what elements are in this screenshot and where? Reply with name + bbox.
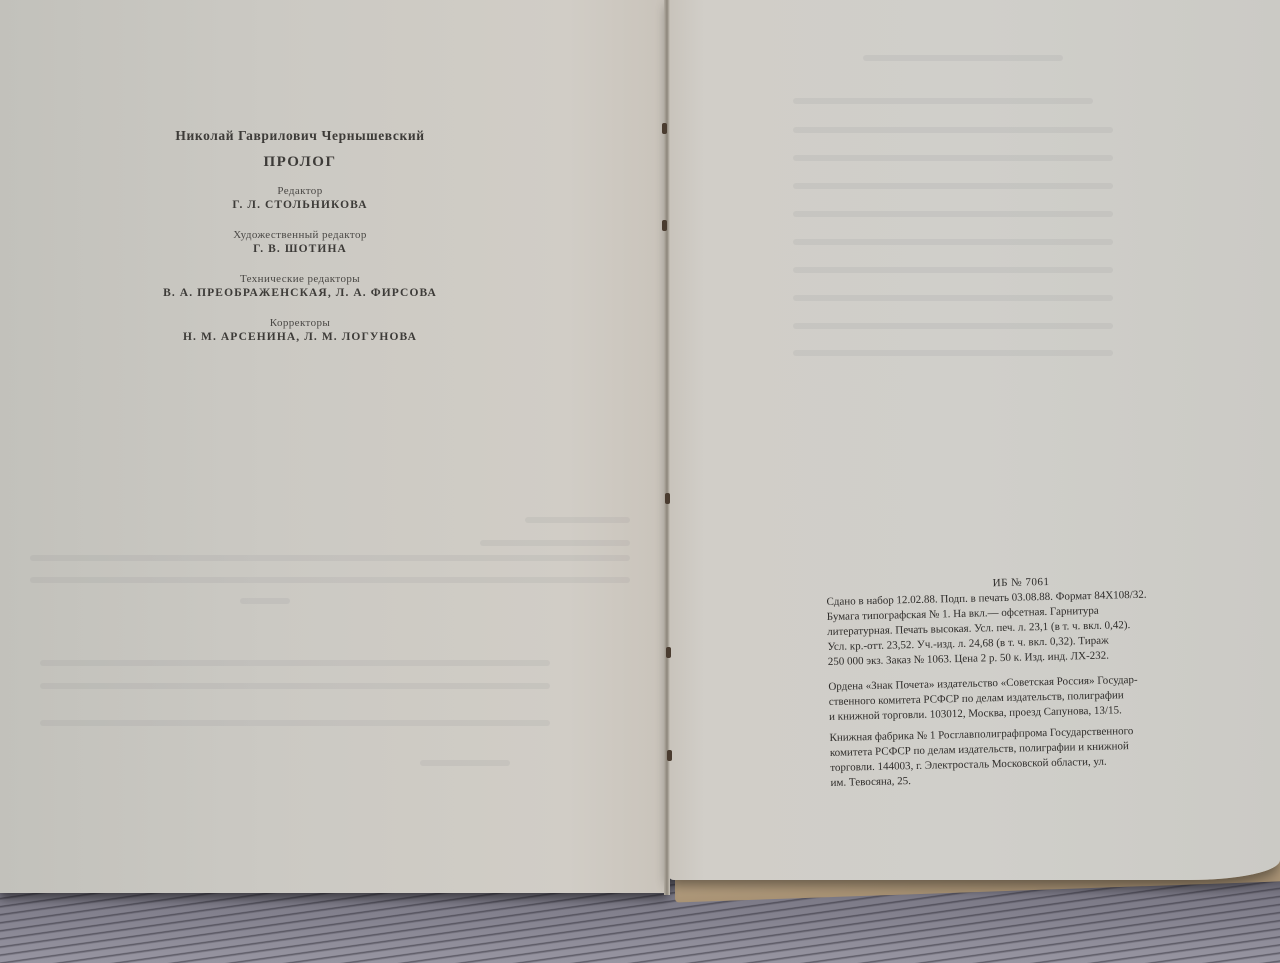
- bleed-through-text: [240, 598, 290, 604]
- bleed-through-text: [793, 267, 1113, 273]
- bleed-through-text: [793, 155, 1113, 161]
- bleed-through-text: [30, 555, 630, 561]
- bleed-through-text: [525, 517, 630, 523]
- bleed-through-text: [30, 577, 630, 583]
- bleed-through-text: [793, 211, 1113, 217]
- binding-stitch: [662, 220, 667, 231]
- credit-role: Художественный редактор: [140, 229, 460, 241]
- credit-name: Г. В. ШОТИНА: [140, 243, 460, 255]
- printer-info: Книжная фабрика № 1 Росглавполиграфпрома…: [829, 722, 1220, 791]
- credit-name: Г. Л. СТОЛЬНИКОВА: [140, 199, 460, 211]
- bleed-through-text: [793, 98, 1093, 104]
- bleed-through-text: [420, 760, 510, 766]
- publisher-info: Ордена «Знак Почета» издательство «Совет…: [828, 671, 1219, 725]
- print-details: Сдано в набор 12.02.88. Подп. в печать 0…: [826, 586, 1218, 670]
- bleed-through-text: [793, 239, 1113, 245]
- credit-role: Редактор: [140, 185, 460, 197]
- binding-stitch: [665, 493, 670, 504]
- credit-role: Технические редакторы: [140, 273, 460, 285]
- binding-stitch: [666, 647, 671, 658]
- binding-stitch: [667, 750, 672, 761]
- book-title: ПРОЛОГ: [140, 154, 460, 171]
- credits-block: Николай Гаврилович Чернышевский ПРОЛОГ Р…: [140, 128, 460, 361]
- bleed-through-text: [40, 660, 550, 666]
- bleed-through-text: [480, 540, 630, 546]
- credit-name: Н. М. АРСЕНИНА, Л. М. ЛОГУНОВА: [140, 331, 460, 343]
- author-name: Николай Гаврилович Чернышевский: [140, 128, 460, 144]
- bleed-through-text: [40, 720, 550, 726]
- binding-stitch: [662, 123, 667, 134]
- bleed-through-text: [793, 183, 1113, 189]
- bleed-through-text: [40, 683, 550, 689]
- bleed-through-text: [793, 323, 1113, 329]
- credit-role: Корректоры: [140, 317, 460, 329]
- bleed-through-text: [793, 127, 1113, 133]
- colophon: ИБ № 7061 Сдано в набор 12.02.88. Подп. …: [826, 571, 1221, 791]
- bleed-through-text: [793, 350, 1113, 356]
- left-page: Николай Гаврилович Чернышевский ПРОЛОГ Р…: [0, 0, 668, 893]
- right-page: ИБ № 7061 Сдано в набор 12.02.88. Подп. …: [668, 0, 1280, 880]
- bleed-through-text: [793, 295, 1113, 301]
- credit-name: В. А. ПРЕОБРАЖЕНСКАЯ, Л. А. ФИРСОВА: [140, 287, 460, 299]
- bleed-through-text: [863, 55, 1063, 61]
